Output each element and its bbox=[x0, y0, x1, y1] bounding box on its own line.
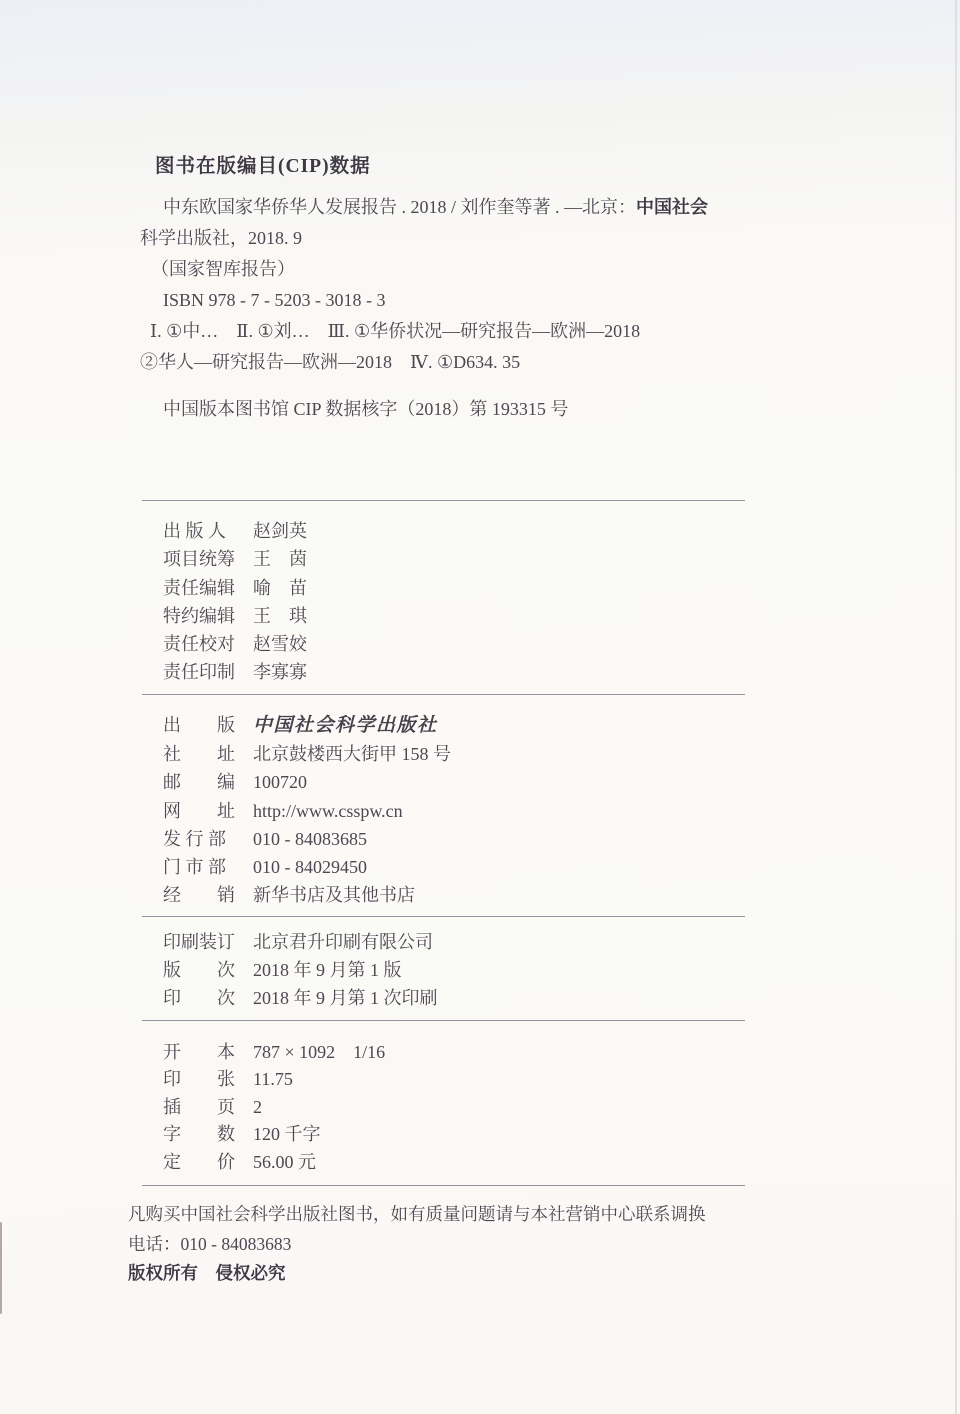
publishing-value: 北京鼓楼西大街甲 158 号 bbox=[253, 744, 451, 764]
credit-row: 特约编辑王 琪 bbox=[140, 602, 760, 630]
publishing-label: 出 版 bbox=[163, 711, 237, 739]
printing-value: 2018 年 9 月第 1 次印刷 bbox=[253, 988, 438, 1008]
copyright-page: 图书在版编目(CIP)数据 中东欧国家华侨华人发展报告 . 2018 / 刘作奎… bbox=[0, 0, 960, 1414]
publishing-label: 邮 编 bbox=[163, 768, 237, 796]
printing-value: 2018 年 9 月第 1 版 bbox=[253, 960, 402, 980]
credit-label: 责任校对 bbox=[163, 630, 237, 658]
credit-row: 责任校对赵雪姣 bbox=[140, 630, 760, 658]
publishing-label: 网 址 bbox=[163, 797, 237, 825]
format-row: 印 张11.75 bbox=[140, 1066, 760, 1093]
publishing-row: 邮 编100720 bbox=[140, 768, 760, 796]
publishing-label: 门 市 部 bbox=[163, 853, 237, 881]
cip-data-block: 中东欧国家华侨华人发展报告 . 2018 / 刘作奎等著 . —北京：中国社会 … bbox=[140, 192, 780, 425]
publishing-label: 发 行 部 bbox=[163, 825, 237, 853]
credit-label: 特约编辑 bbox=[163, 602, 237, 630]
credit-row: 责任编辑喻 苗 bbox=[140, 574, 760, 602]
publishing-value: 100720 bbox=[253, 772, 307, 792]
publishing-row: 社 址北京鼓楼西大街甲 158 号 bbox=[140, 740, 760, 768]
cip-heading: 图书在版编目(CIP)数据 bbox=[155, 150, 371, 178]
service-phone: 电话：010 - 84083683 bbox=[128, 1230, 858, 1260]
printing-block: 印刷装订北京君升印刷有限公司 版 次2018 年 9 月第 1 版 印 次201… bbox=[140, 928, 760, 1012]
format-value: 11.75 bbox=[253, 1069, 293, 1089]
printing-row: 印 次2018 年 9 月第 1 次印刷 bbox=[140, 984, 760, 1012]
publishing-row: 网 址http://www.csspw.cn bbox=[140, 797, 760, 825]
format-label: 定 价 bbox=[163, 1149, 237, 1176]
publisher-calligraphy-name: 中国社会科学出版社 bbox=[253, 715, 438, 736]
printing-label: 印刷装订 bbox=[163, 928, 237, 956]
cip-record-number: 中国版本图书馆 CIP 数据核字（2018）第 193315 号 bbox=[140, 394, 780, 425]
credit-value: 李寡寡 bbox=[253, 662, 307, 682]
printing-row: 版 次2018 年 9 月第 1 版 bbox=[140, 956, 760, 984]
publishing-value: 新华书店及其他书店 bbox=[253, 885, 415, 905]
credit-row: 出 版 人赵剑英 bbox=[140, 517, 760, 545]
cip-title-line1: 中东欧国家华侨华人发展报告 . 2018 / 刘作奎等著 . —北京：中国社会 bbox=[140, 192, 780, 223]
credit-label: 责任编辑 bbox=[163, 574, 237, 602]
cip-isbn: ISBN 978 - 7 - 5203 - 3018 - 3 bbox=[140, 285, 780, 316]
divider-rule-4 bbox=[142, 1020, 745, 1021]
credit-value: 喻 苗 bbox=[253, 578, 307, 598]
cip-title-line1-regular: 中东欧国家华侨华人发展报告 . 2018 / 刘作奎等著 . —北京： bbox=[163, 197, 636, 217]
publishing-row: 门 市 部010 - 84029450 bbox=[140, 853, 760, 881]
publishing-label: 社 址 bbox=[163, 740, 237, 768]
divider-rule-1 bbox=[142, 500, 745, 501]
format-label: 插 页 bbox=[163, 1094, 237, 1121]
divider-rule-5 bbox=[142, 1185, 745, 1186]
format-block: 开 本787 × 1092 1/16 印 张11.75 插 页2 字 数120 … bbox=[140, 1039, 760, 1176]
publishing-value: 010 - 84029450 bbox=[253, 857, 367, 877]
scan-left-edge-artifact bbox=[0, 1222, 2, 1314]
format-label: 字 数 bbox=[163, 1121, 237, 1148]
format-row: 字 数120 千字 bbox=[140, 1121, 760, 1148]
format-row: 定 价56.00 元 bbox=[140, 1149, 760, 1176]
divider-rule-2 bbox=[142, 694, 745, 695]
format-value: 787 × 1092 1/16 bbox=[253, 1042, 385, 1062]
publisher-website-url: http://www.csspw.cn bbox=[253, 801, 403, 821]
publishing-label: 经 销 bbox=[163, 881, 237, 909]
format-value: 2 bbox=[253, 1097, 262, 1117]
divider-rule-3 bbox=[142, 916, 745, 917]
credit-value: 王 琪 bbox=[253, 606, 307, 626]
credit-value: 赵雪姣 bbox=[253, 634, 307, 654]
credit-label: 出 版 人 bbox=[163, 517, 237, 545]
format-row: 插 页2 bbox=[140, 1094, 760, 1121]
credit-row: 责任印制李寡寡 bbox=[140, 658, 760, 686]
printing-label: 版 次 bbox=[163, 956, 237, 984]
publishing-row: 发 行 部010 - 84083685 bbox=[140, 825, 760, 853]
publishing-block: 出 版中国社会科学出版社 社 址北京鼓楼西大街甲 158 号 邮 编100720… bbox=[140, 711, 760, 909]
format-row: 开 本787 × 1092 1/16 bbox=[140, 1039, 760, 1066]
printing-row: 印刷装订北京君升印刷有限公司 bbox=[140, 928, 760, 956]
publishing-row: 经 销新华书店及其他书店 bbox=[140, 881, 760, 909]
publishing-row: 出 版中国社会科学出版社 bbox=[140, 711, 760, 740]
scan-right-edge-artifact bbox=[955, 0, 957, 1414]
cip-title-line1-publisher-bold: 中国社会 bbox=[636, 197, 708, 217]
cip-classification-line1: Ⅰ. ①中… Ⅱ. ①刘… Ⅲ. ①华侨状况—研究报告—欧洲—2018 bbox=[140, 316, 780, 347]
printing-value: 北京君升印刷有限公司 bbox=[253, 932, 433, 952]
price-value: 56.00 元 bbox=[253, 1152, 316, 1172]
credits-block: 出 版 人赵剑英 项目统筹王 茵 责任编辑喻 苗 特约编辑王 琪 责任校对赵雪姣… bbox=[140, 517, 760, 687]
format-label: 印 张 bbox=[163, 1066, 237, 1093]
format-value: 120 千字 bbox=[253, 1124, 321, 1144]
credit-row: 项目统筹王 茵 bbox=[140, 545, 760, 573]
quality-notice: 凡购买中国社会科学出版社图书，如有质量问题请与本社营销中心联系调换 bbox=[128, 1200, 858, 1230]
credit-value: 赵剑英 bbox=[253, 521, 307, 541]
copyright-statement: 版权所有 侵权必究 bbox=[128, 1259, 858, 1289]
credit-label: 项目统筹 bbox=[163, 545, 237, 573]
publishing-value: 010 - 84083685 bbox=[253, 829, 367, 849]
format-label: 开 本 bbox=[163, 1039, 237, 1066]
footer-block: 凡购买中国社会科学出版社图书，如有质量问题请与本社营销中心联系调换 电话：010… bbox=[128, 1200, 858, 1289]
credit-label: 责任印制 bbox=[163, 658, 237, 686]
cip-series: （国家智库报告） bbox=[140, 254, 780, 285]
cip-title-line2: 科学出版社，2018. 9 bbox=[140, 223, 780, 254]
cip-classification-line2: ②华人—研究报告—欧洲—2018 Ⅳ. ①D634. 35 bbox=[140, 347, 780, 378]
credit-value: 王 茵 bbox=[253, 549, 307, 569]
printing-label: 印 次 bbox=[163, 984, 237, 1012]
